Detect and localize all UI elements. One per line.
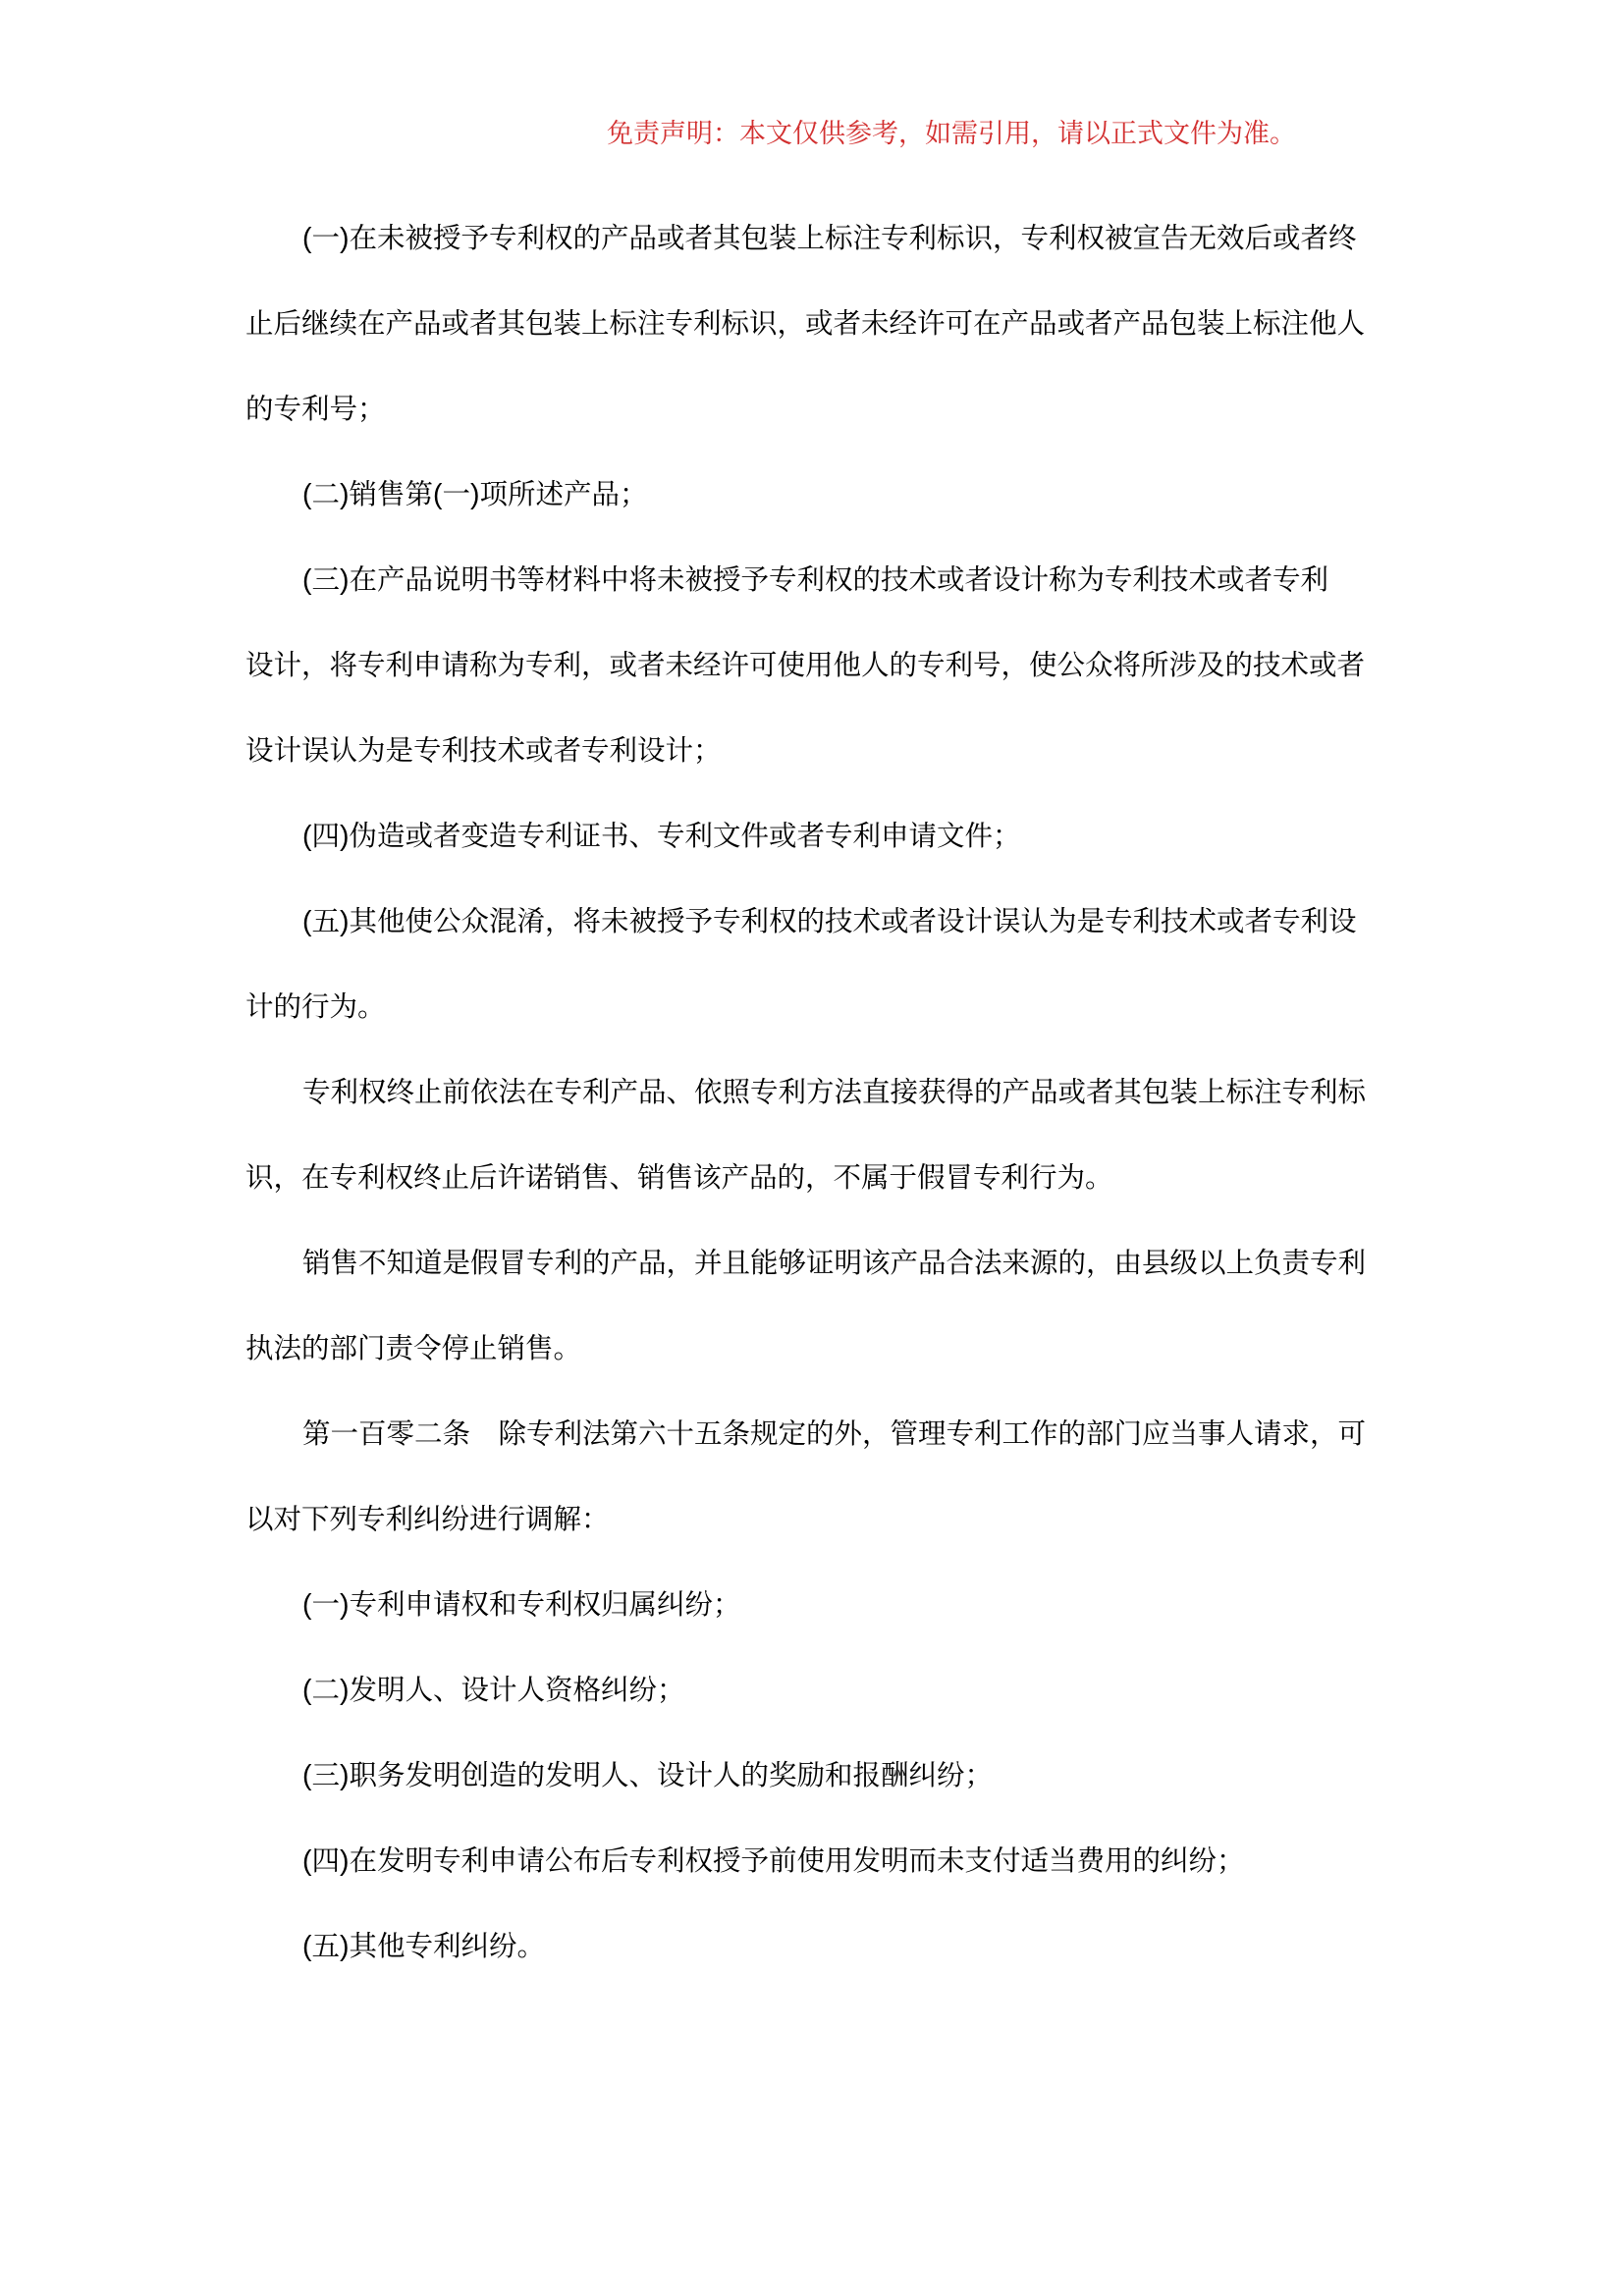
- text-line: (五)其他使公众混淆，将未被授予专利权的技术或者设计误认为是专利技术或者专利设: [245, 880, 1380, 965]
- text-line: 专利权终止前依法在专利产品、依照专利方法直接获得的产品或者其包装上标注专利标: [245, 1050, 1380, 1136]
- document-page: 免责声明：本文仅供参考，如需引用，请以正式文件为准。 (一)在未被授予专利权的产…: [0, 0, 1624, 2296]
- text-line: 第一百零二条 除专利法第六十五条规定的外，管理专利工作的部门应当事人请求，可: [245, 1392, 1380, 1477]
- text-line: 计的行为。: [245, 965, 1380, 1050]
- text-line: 设计，将专利申请称为专利，或者未经许可使用他人的专利号，使公众将所涉及的技术或者: [245, 623, 1380, 709]
- disclaimer-text: 免责声明：本文仅供参考，如需引用，请以正式文件为准。: [607, 114, 1296, 153]
- text-line: 的专利号；: [245, 367, 1380, 453]
- text-line: (二)发明人、设计人资格纠纷；: [245, 1648, 1380, 1734]
- text-line: (三)在产品说明书等材料中将未被授予专利权的技术或者设计称为专利技术或者专利: [245, 538, 1380, 623]
- text-line: 识，在专利权终止后许诺销售、销售该产品的，不属于假冒专利行为。: [245, 1136, 1380, 1221]
- text-line: (四)在发明专利申请公布后专利权授予前使用发明而未支付适当费用的纠纷；: [245, 1819, 1380, 1904]
- text-line: (五)其他专利纠纷。: [245, 1904, 1380, 1990]
- text-line: (一)专利申请权和专利权归属纠纷；: [245, 1563, 1380, 1648]
- text-line: (三)职务发明创造的发明人、设计人的奖励和报酬纠纷；: [245, 1734, 1380, 1819]
- text-line: 销售不知道是假冒专利的产品，并且能够证明该产品合法来源的，由县级以上负责专利: [245, 1221, 1380, 1307]
- text-line: (一)在未被授予专利权的产品或者其包装上标注专利标识，专利权被宣告无效后或者终: [245, 196, 1380, 282]
- text-line: 设计误认为是专利技术或者专利设计；: [245, 709, 1380, 794]
- text-line: (四)伪造或者变造专利证书、专利文件或者专利申请文件；: [245, 794, 1380, 880]
- text-line: 止后继续在产品或者其包装上标注专利标识，或者未经许可在产品或者产品包装上标注他人: [245, 282, 1380, 367]
- text-line: 执法的部门责令停止销售。: [245, 1307, 1380, 1392]
- text-line: (二)销售第(一)项所述产品；: [245, 453, 1380, 538]
- document-body: (一)在未被授予专利权的产品或者其包装上标注专利标识，专利权被宣告无效后或者终 …: [245, 196, 1380, 1990]
- text-line: 以对下列专利纠纷进行调解：: [245, 1477, 1380, 1563]
